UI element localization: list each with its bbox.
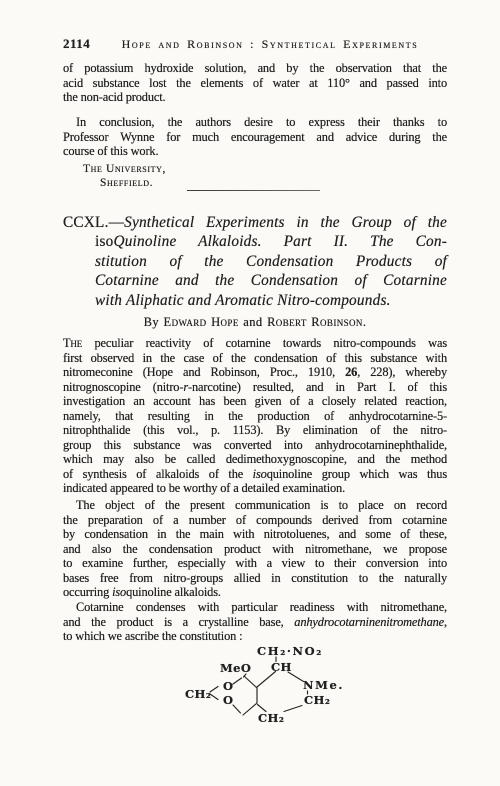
label-methine-ch: CH xyxy=(271,660,292,674)
text-line: and also the condensation product with n… xyxy=(63,542,447,557)
running-title: Hope and Robinson : Synthetical Experime… xyxy=(93,37,447,52)
text-line: of synthesis of alkaloids of the isoquin… xyxy=(63,467,447,482)
label-methoxy-meo: MeO xyxy=(220,661,251,675)
text-line: the preparation of a number of compounds… xyxy=(63,513,447,528)
paragraph-cotarnine: Cotarnine condenses with particular read… xyxy=(63,600,447,644)
text-line: bases free from nitro-groups allied in c… xyxy=(63,571,447,586)
signature-city: Sheffield. xyxy=(100,177,283,191)
label-side-chain: CH₂·NO₂ xyxy=(257,644,323,658)
text-line: with Aliphatic and Aromatic Nitro-compou… xyxy=(63,291,447,310)
text-line: stitution of the Condensation Products o… xyxy=(63,252,447,271)
label-oxygen-lower: O xyxy=(223,693,233,707)
text-line: to examine further, especially with a vi… xyxy=(63,556,447,571)
text-line: occurring isoquinoline alkaloids. xyxy=(63,585,447,600)
page-header: 2114 Hope and Robinson : Synthetical Exp… xyxy=(63,36,447,52)
label-methylene-right-ch2: CH₂ xyxy=(304,693,330,707)
text-line: group this substance was converted into … xyxy=(63,438,447,453)
text-line: Professor Wynne for much encouragement a… xyxy=(63,130,447,145)
closing-paragraph-thanks: In conclusion, the authors desire to exp… xyxy=(63,115,447,159)
text-line: investigation an account has been given … xyxy=(63,394,447,409)
journal-page: 2114 Hope and Robinson : Synthetical Exp… xyxy=(0,0,500,786)
text-line: to which we ascribe the constitution : xyxy=(63,629,447,644)
text-line: of potassium hydroxide solution, and by … xyxy=(63,61,447,76)
signature-block: The University, Sheffield. xyxy=(83,163,283,190)
label-methylene-bottom-ch2: CH₂ xyxy=(258,711,284,725)
page-number: 2114 xyxy=(63,36,90,52)
text-line: by condensation in the main with nitroto… xyxy=(63,527,447,542)
label-oxygen-upper: O xyxy=(223,679,233,693)
closing-paragraph-acid: of potassium hydroxide solution, and by … xyxy=(63,61,447,105)
text-line: acid substance lost the elements of wate… xyxy=(63,76,447,91)
atom-labels: CH₂·NO₂ CH MeO O O CH₂ NMe. CH₂ CH₂ xyxy=(185,644,344,725)
text-line: CCXL.—Synthetical Experiments in the Gro… xyxy=(63,213,447,232)
text-line: The object of the present communication … xyxy=(63,498,447,513)
text-line: namely, that resulting in the production… xyxy=(63,409,447,424)
text-line: nitromeconine (Hope and Robinson, Proc.,… xyxy=(63,365,447,380)
bond-lines xyxy=(210,657,308,715)
text-line: nitrognoscopine (nitro-r-narcotine) resu… xyxy=(63,380,447,395)
text-line: Cotarnine condenses with particular read… xyxy=(63,600,447,615)
article-title: CCXL.—Synthetical Experiments in the Gro… xyxy=(63,213,447,310)
paragraph-intro: The peculiar reactivity of cotarnine tow… xyxy=(63,336,447,496)
section-divider-rule xyxy=(187,190,320,191)
text-line: and the product is a crystalline base, a… xyxy=(63,615,447,630)
text-line: first observed in the case of the conden… xyxy=(63,351,447,366)
text-line: The peculiar reactivity of cotarnine tow… xyxy=(63,336,447,351)
paragraph-object: The object of the present communication … xyxy=(63,498,447,600)
text-line: which may also be called dedimethoxygnos… xyxy=(63,452,447,467)
text-line: indicated appeared to be worthy of a det… xyxy=(63,481,447,496)
text-line: Cotarnine and the Condensation of Cotarn… xyxy=(63,271,447,290)
text-line: By Edward Hope and Robert Robinson. xyxy=(63,315,447,330)
text-line: course of this work. xyxy=(63,144,447,159)
signature-institution: The University, xyxy=(83,163,283,177)
text-line: nitrophthalide (this vol., p. 1153). By … xyxy=(63,423,447,438)
article-byline: By Edward Hope and Robert Robinson. xyxy=(63,315,447,330)
label-n-methyl: NMe. xyxy=(303,678,344,692)
text-line: the non-acid product. xyxy=(63,90,447,105)
label-methylenedioxy-ch2: CH₂ xyxy=(185,687,211,701)
text-line: In conclusion, the authors desire to exp… xyxy=(63,115,447,130)
text-line: isoQuinoline Alkaloids. Part II. The Con… xyxy=(63,232,447,251)
